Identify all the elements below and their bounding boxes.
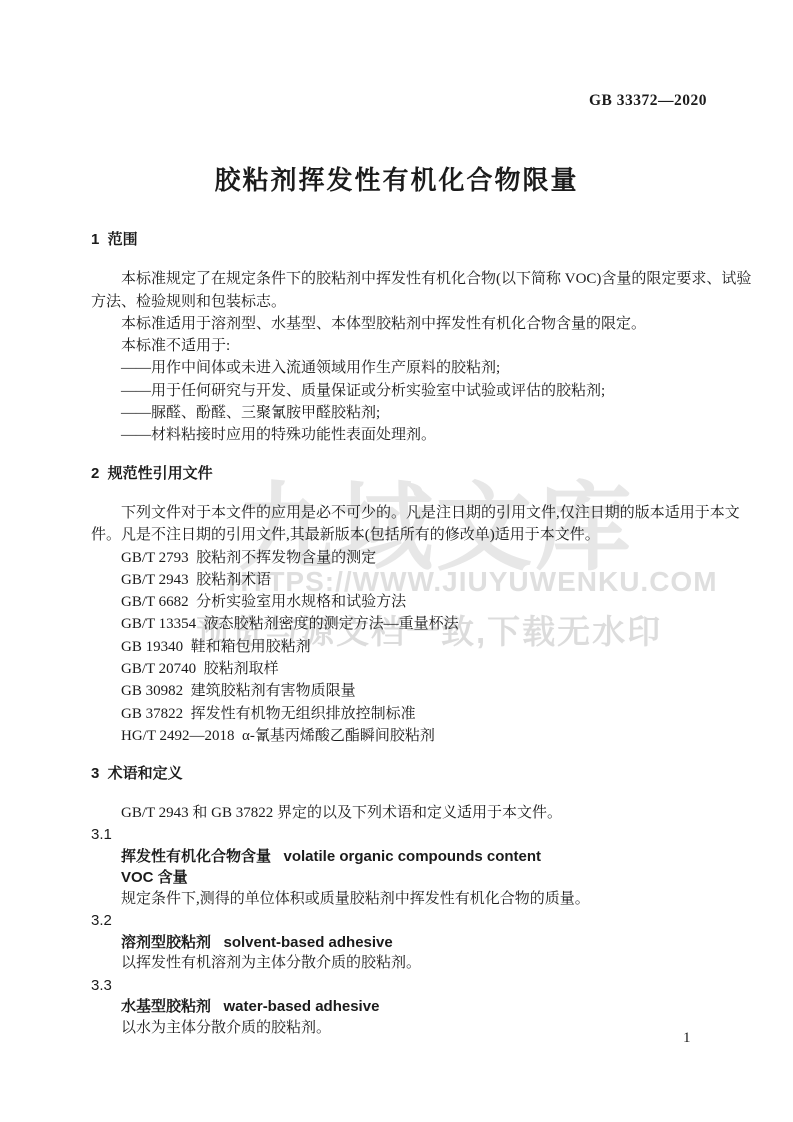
scope-exclusion-item: ——用作中间体或未进入流通领域用作生产原料的胶粘剂; — [91, 357, 711, 379]
section-1-heading: 1 范围 — [91, 229, 711, 251]
reference-item: GB/T 2943 胶粘剂术语 — [91, 569, 711, 591]
text-line: 本标准规定了在规定条件下的胶粘剂中挥发性有机化合物(以下简称 VOC)含量的限定… — [91, 268, 711, 290]
text-line: 件。凡是不注日期的引用文件,其最新版本(包括所有的修改单)适用于本文件。 — [91, 524, 711, 546]
term-number: 3.3 — [91, 975, 711, 997]
term-title: 溶剂型胶粘剂 solvent-based adhesive — [91, 932, 711, 954]
section-2-heading: 2 规范性引用文件 — [91, 463, 711, 485]
term-definition: 规定条件下,测得的单位体积或质量胶粘剂中挥发性有机化合物的质量。 — [91, 889, 711, 911]
term-definition: 以挥发性有机溶剂为主体分散介质的胶粘剂。 — [91, 953, 711, 975]
doc-number: GB 33372—2020 — [589, 92, 707, 110]
reference-item: GB/T 20740 胶粘剂取样 — [91, 658, 711, 680]
reference-item: GB/T 6682 分析实验室用水规格和试验方法 — [91, 591, 711, 613]
reference-item: GB/T 13354 液态胶粘剂密度的测定方法—重量杯法 — [91, 613, 711, 635]
text-line: 方法、检验规则和包装标志。 — [91, 291, 711, 313]
term-alias: VOC 含量 — [91, 867, 711, 889]
scope-exclusion-item: ——脲醛、酚醛、三聚氰胺甲醛胶粘剂; — [91, 402, 711, 424]
document-body: 1 范围 本标准规定了在规定条件下的胶粘剂中挥发性有机化合物(以下简称 VOC)… — [91, 226, 711, 1039]
term-number: 3.2 — [91, 910, 711, 932]
term-title: 挥发性有机化合物含量 volatile organic compounds co… — [91, 846, 711, 868]
reference-item: GB/T 2793 胶粘剂不挥发物含量的测定 — [91, 547, 711, 569]
reference-item: GB 19340 鞋和箱包用胶粘剂 — [91, 636, 711, 658]
page-number: 1 — [683, 1030, 691, 1047]
scope-exclusion-item: ——用于任何研究与开发、质量保证或分析实验室中试验或评估的胶粘剂; — [91, 380, 711, 402]
reference-item: GB 30982 建筑胶粘剂有害物质限量 — [91, 680, 711, 702]
term-title: 水基型胶粘剂 water-based adhesive — [91, 996, 711, 1018]
text-line: 本标准适用于溶剂型、水基型、本体型胶粘剂中挥发性有机化合物含量的限定。 — [91, 313, 711, 335]
document-page: 九域文库 HTTPS://WWW.JIUYUWENKU.COM 预览与源文档一致… — [0, 0, 793, 1122]
document-title: 胶粘剂挥发性有机化合物限量 — [0, 160, 793, 197]
text-line: GB/T 2943 和 GB 37822 界定的以及下列术语和定义适用于本文件。 — [91, 803, 711, 825]
reference-item: GB 37822 挥发性有机物无组织排放控制标准 — [91, 703, 711, 725]
term-number: 3.1 — [91, 824, 711, 846]
text-line: 下列文件对于本文件的应用是必不可少的。凡是注日期的引用文件,仅注日期的版本适用于… — [91, 502, 711, 524]
text-line: 本标准不适用于: — [91, 335, 711, 357]
scope-exclusion-item: ——材料粘接时应用的特殊功能性表面处理剂。 — [91, 424, 711, 446]
section-3-heading: 3 术语和定义 — [91, 763, 711, 785]
term-definition: 以水为主体分散介质的胶粘剂。 — [91, 1018, 711, 1040]
reference-item: HG/T 2492—2018 α-氰基丙烯酸乙酯瞬间胶粘剂 — [91, 725, 711, 747]
terms-block: GB/T 2943 和 GB 37822 界定的以及下列术语和定义适用于本文件。… — [91, 803, 711, 1040]
